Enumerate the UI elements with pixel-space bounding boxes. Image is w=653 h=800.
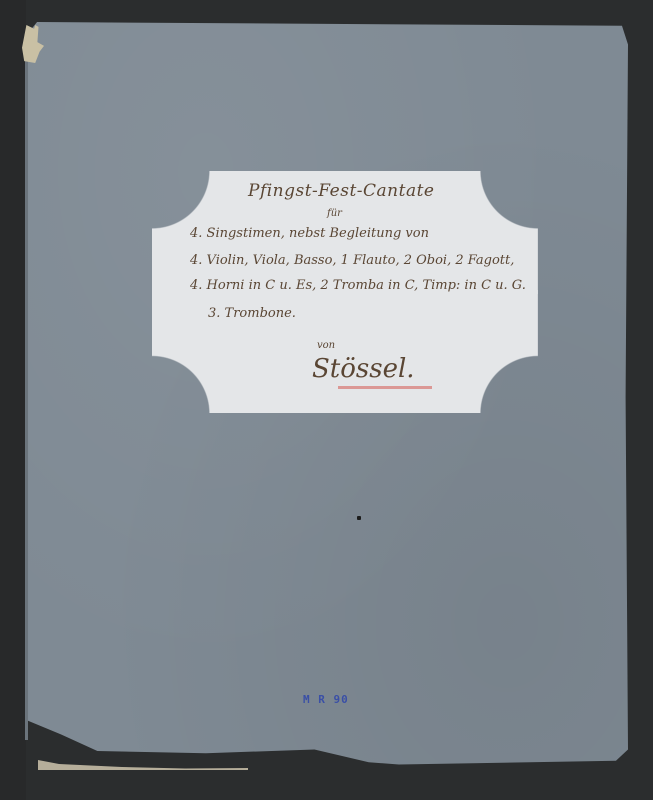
label-von: von [317,340,335,351]
shelfmark-stamp: M R 90 [303,693,349,706]
label-fur: für [327,208,342,219]
label-line-strings-winds: 4. Violin, Viola, Basso, 1 Flauto, 2 Obo… [190,253,514,268]
label-title: Pfingst-Fest-Cantate [248,181,434,201]
title-label: Pfingst-Fest-Cantate für 4. Singstimen, … [152,171,538,413]
label-composer: Stössel. [312,354,415,384]
composer-red-underline [338,386,432,389]
torn-bottom-edge [38,760,248,770]
ink-speck [357,516,361,520]
label-line-brass-timpani: 4. Horni in C u. Es, 2 Tromba in C, Timp… [190,278,526,293]
label-line-trombones: 3. Trombone. [208,306,296,321]
scanner-background [0,0,26,800]
cover-binding-edge [25,60,28,740]
label-line-voices: 4. Singstimen, nebst Begleitung von [190,226,429,241]
